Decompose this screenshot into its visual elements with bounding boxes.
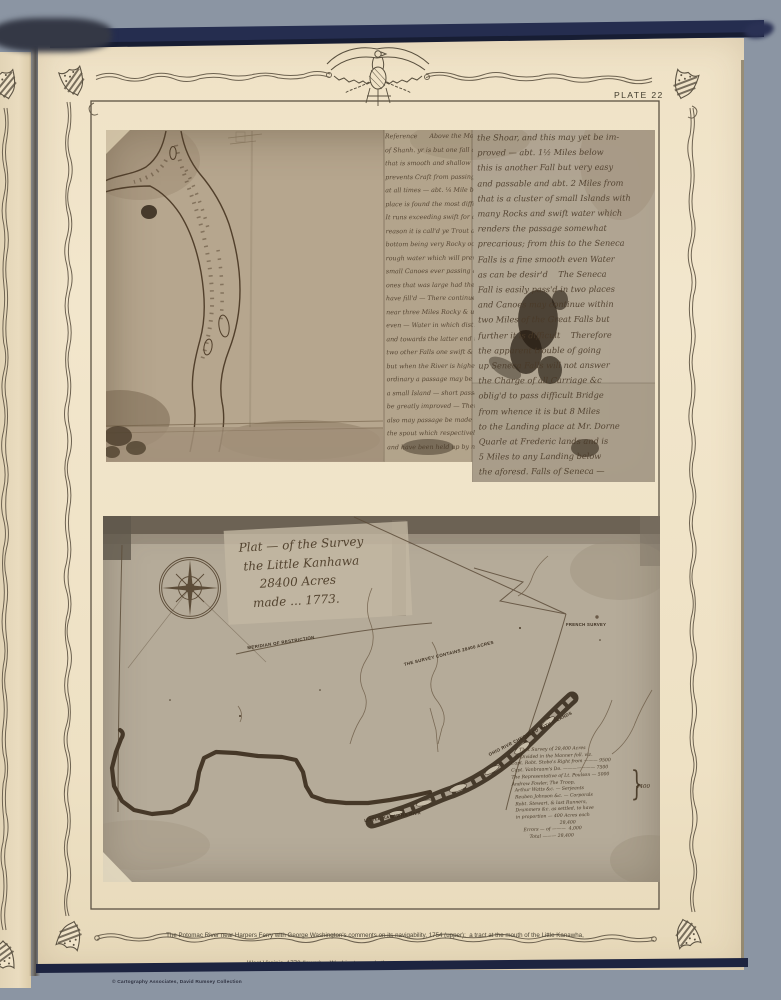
- shield-icon-facing-page-bottom: [0, 941, 14, 968]
- washington-notes-column-1: Reference Above the Mouth of Shanh. yr i…: [385, 130, 475, 461]
- paper-specks: [169, 627, 601, 717]
- little-kanawha-river: [112, 730, 430, 814]
- eagle-icon: [327, 48, 429, 106]
- label-french-survey: FRENCH SURVEY: [566, 622, 606, 627]
- shield-icon-bottom-right: [672, 917, 701, 949]
- shield-icon-facing-page: [0, 70, 19, 102]
- collection-credit: © Cartography Associates, David Rumsey C…: [112, 980, 242, 985]
- plate-number: PLATE 22: [614, 90, 684, 100]
- facing-page-border: [1, 108, 8, 930]
- shield-icon-bottom-left: [56, 919, 85, 951]
- caption-line-1: The Potomac River near Harpers Ferry wit…: [91, 931, 659, 940]
- shield-icon-top-left: [59, 66, 88, 98]
- atlas-plate-photo: Reference Above the Mouth of Shanh. yr i…: [0, 0, 781, 1000]
- plate-caption: The Potomac River near Harpers Ferry wit…: [91, 912, 659, 987]
- annotation-group-value: 4400: [636, 784, 650, 790]
- washington-notes-column-2: the Shoar, and this may yet be im- prove…: [477, 130, 653, 483]
- survey-title-block: Plat — of the Survey the Little Kanhawa …: [238, 529, 422, 612]
